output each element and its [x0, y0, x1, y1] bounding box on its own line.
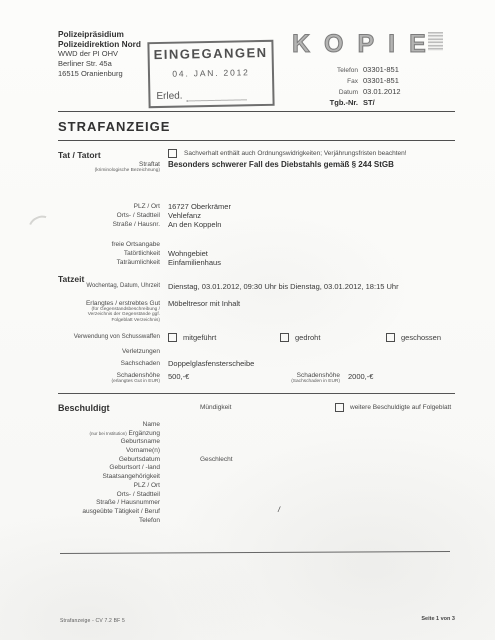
option-mitgefuehrt: mitgeführt — [168, 333, 216, 342]
checkbox-gedroht — [280, 333, 289, 342]
contact-label: Telefon — [300, 65, 358, 76]
schadenshoehe-row: Schadenshöhe (erlangtes Gut in EUR) 500,… — [58, 372, 455, 388]
sender-line: Polizeidirektion Nord — [58, 39, 141, 49]
field-label: Taträumlichkeit — [58, 259, 160, 266]
straftat-label: Straftat — [58, 161, 160, 168]
owi-note-row: Sachverhalt enthält auch Ordnungswidrigk… — [168, 149, 407, 158]
beschuldigt-field-label: Staatsangehörigkeit — [58, 473, 160, 480]
divider — [58, 393, 455, 394]
page-number: Seite 1 von 3 — [58, 616, 455, 622]
schaden-sach-value: 2000,-€ — [348, 372, 373, 381]
beschuldigt-field-label: Telefon — [58, 517, 160, 524]
divider — [58, 111, 455, 112]
schaden-sach-label-block: Schadenshöhe (Sachschaden in EUR) — [240, 372, 340, 384]
option-label: geschossen — [401, 333, 441, 342]
field-label: PLZ / Ort — [58, 203, 160, 210]
beschuldigt-field-label: Geburtsname — [58, 438, 160, 445]
contact-row: Telefon 03301-851 — [300, 65, 458, 76]
field-label: Verletzungen — [58, 348, 160, 355]
beschuldigt-field-label-ergaenzung: (nur bei Institution) Ergänzung — [58, 430, 160, 437]
form-row-tatraeumlichkeit: Taträumlichkeit Einfamilienhaus — [58, 259, 455, 267]
copy-stamp: KOPIE — [292, 30, 440, 59]
checkbox-geschossen — [386, 333, 395, 342]
field-value: Möbeltresor mit Inhalt — [168, 300, 240, 308]
divider — [58, 140, 455, 141]
scan-artifact-pen-mark — [25, 212, 58, 243]
option-label: gedroht — [295, 333, 320, 342]
owi-note-text: Sachverhalt enthält auch Ordnungswidrigk… — [184, 150, 407, 157]
field-label: Schadenshöhe — [58, 372, 160, 379]
field-label: Straße / Hausnr. — [58, 221, 160, 228]
received-stamp: EINGEGANGEN 04. JAN. 2012 Erled. — [147, 40, 274, 108]
geschlecht-label: Geschlecht — [200, 456, 233, 463]
beschuldigt-field-label: Straße / Hausnummer — [58, 499, 160, 506]
option-label: mitgeführt — [183, 333, 216, 342]
erled-dotted-line — [186, 91, 246, 101]
straftat-value: Besonders schwerer Fall des Diebstahls g… — [168, 161, 394, 169]
contact-label: Fax — [300, 76, 358, 87]
section-tat-tatort: Tat / Tatort — [58, 150, 101, 160]
form-row-stadtteil: Orts- / Stadtteil Vehlefanz — [58, 212, 455, 220]
field-sublabel: (Sachschaden in EUR) — [240, 379, 340, 384]
ergaenzung-prefix: (nur bei Institution) — [89, 431, 126, 436]
stamp-smudge — [428, 32, 443, 51]
sender-line: 16515 Oranienburg — [58, 69, 141, 79]
field-value: Vehlefanz — [168, 212, 201, 220]
form-row-sachschaden: Sachschaden Doppelglasfensterscheibe — [58, 360, 455, 368]
form-row-freie-ortsangabe: freie Ortsangabe — [58, 241, 455, 248]
page-title: STRAFANZEIGE — [58, 119, 170, 134]
beschuldigt-field-label: PLZ / Ort — [58, 482, 160, 489]
gut-label-block: Erlangtes / erstrebtes Gut (für Gegensta… — [58, 300, 160, 323]
weitere-beschuldigte-label: weitere Beschuldigte auf Folgeblatt — [350, 404, 451, 411]
sender-line: Polizeipräsidium — [58, 29, 141, 39]
checkbox-mitgefuehrt — [168, 333, 177, 342]
form-row-schusswaffen: Verwendung von Schusswaffen mitgeführt g… — [58, 333, 455, 343]
field-value: Dienstag, 03.01.2012, 09:30 Uhr bis Dien… — [168, 283, 399, 291]
divider — [60, 551, 450, 554]
handwritten-slash-mark: / — [277, 505, 280, 514]
form-row-plz-ort: PLZ / Ort 16727 Oberkrämer — [58, 203, 455, 211]
beschuldigt-field-label: Geburtsdatum — [58, 456, 160, 463]
sender-address-block: Polizeipräsidium Polizeidirektion Nord W… — [58, 29, 141, 79]
contact-row-tgb: Tgb.-Nr. ST/ — [300, 98, 458, 108]
muendigkeit-label: Mündigkeit — [200, 404, 231, 411]
schaden-gut-label-block: Schadenshöhe (erlangtes Gut in EUR) — [58, 372, 160, 384]
contact-row: Datum 03.01.2012 — [300, 87, 458, 98]
field-label: Wochentag, Datum, Uhrzeit — [58, 283, 160, 290]
weitere-beschuldigte-row: weitere Beschuldigte auf Folgeblatt — [335, 403, 451, 412]
schusswaffen-options: mitgeführt gedroht geschossen — [168, 333, 455, 343]
form-row-erlangtes-gut: Erlangtes / erstrebtes Gut (für Gegensta… — [58, 300, 455, 323]
form-row-strasse: Straße / Hausnr. An den Koppeln — [58, 221, 455, 229]
sender-line: WWD der PI OHV — [58, 49, 141, 59]
schaden-gut-value: 500,-€ — [168, 372, 189, 381]
straftat-label-block: Straftat (kriminologische Bezeichnung) — [58, 161, 160, 173]
form-row-tatzeit: Wochentag, Datum, Uhrzeit Dienstag, 03.0… — [58, 283, 455, 291]
received-stamp-erled-label: Erled. — [156, 91, 182, 102]
contact-value: 03301-851 — [363, 65, 399, 76]
contact-label: Datum — [300, 87, 358, 98]
form-row-verletzungen: Verletzungen — [58, 348, 455, 355]
contact-block: Telefon 03301-851 Fax 03301-851 Datum 03… — [300, 65, 458, 108]
field-label: Ergänzung — [129, 430, 160, 437]
field-label: Schadenshöhe — [240, 372, 340, 379]
straftat-sublabel: (kriminologische Bezeichnung) — [58, 168, 160, 173]
field-value: Wohngebiet — [168, 250, 208, 258]
contact-label: Tgb.-Nr. — [300, 98, 358, 108]
field-sublabel: (erlangtes Gut in EUR) — [58, 379, 160, 384]
field-label: freie Ortsangabe — [58, 241, 160, 248]
received-stamp-title: EINGEGANGEN — [149, 45, 271, 62]
field-value: An den Koppeln — [168, 221, 221, 229]
section-beschuldigt: Beschuldigt — [58, 403, 110, 413]
sender-line: Berliner Str. 45a — [58, 59, 141, 69]
contact-value: ST/ — [363, 98, 375, 108]
field-value: 16727 Oberkrämer — [168, 203, 231, 211]
contact-value: 03301-851 — [363, 76, 399, 87]
option-geschossen: geschossen — [386, 333, 441, 342]
field-value: Einfamilienhaus — [168, 259, 221, 267]
contact-row: Fax 03301-851 — [300, 76, 458, 87]
straftat-row: Straftat (kriminologische Bezeichnung) B… — [58, 161, 455, 173]
received-stamp-date: 04. JAN. 2012 — [150, 67, 272, 79]
beschuldigt-field-label: Geburtsort / -land — [58, 464, 160, 471]
field-label: Erlangtes / erstrebtes Gut — [58, 300, 160, 307]
field-label: Orts- / Stadtteil — [58, 212, 160, 219]
beschuldigt-field-label: Orts- / Stadtteil — [58, 491, 160, 498]
beschuldigt-field-label: ausgeübte Tätigkeit / Beruf — [58, 508, 160, 515]
gut-sublabel-line: Folgeblatt Verzeichnis) — [58, 318, 160, 323]
beschuldigt-field-label: Vorname(n) — [58, 447, 160, 454]
checkbox-weitere-beschuldigte — [335, 403, 344, 412]
option-gedroht: gedroht — [280, 333, 320, 342]
field-label: Sachschaden — [58, 360, 160, 367]
form-row-tatoertlichkeit: Tatörtlichkeit Wohngebiet — [58, 250, 455, 258]
received-stamp-erled-row: Erled. — [156, 89, 246, 102]
contact-value: 03.01.2012 — [363, 87, 401, 98]
field-label: Verwendung von Schusswaffen — [58, 333, 160, 340]
scanned-document-page: Polizeipräsidium Polizeidirektion Nord W… — [0, 0, 495, 640]
field-value: Doppelglasfensterscheibe — [168, 360, 254, 368]
beschuldigt-field-label: Name — [58, 421, 160, 428]
checkbox-owi — [168, 149, 177, 158]
field-label: Tatörtlichkeit — [58, 250, 160, 257]
